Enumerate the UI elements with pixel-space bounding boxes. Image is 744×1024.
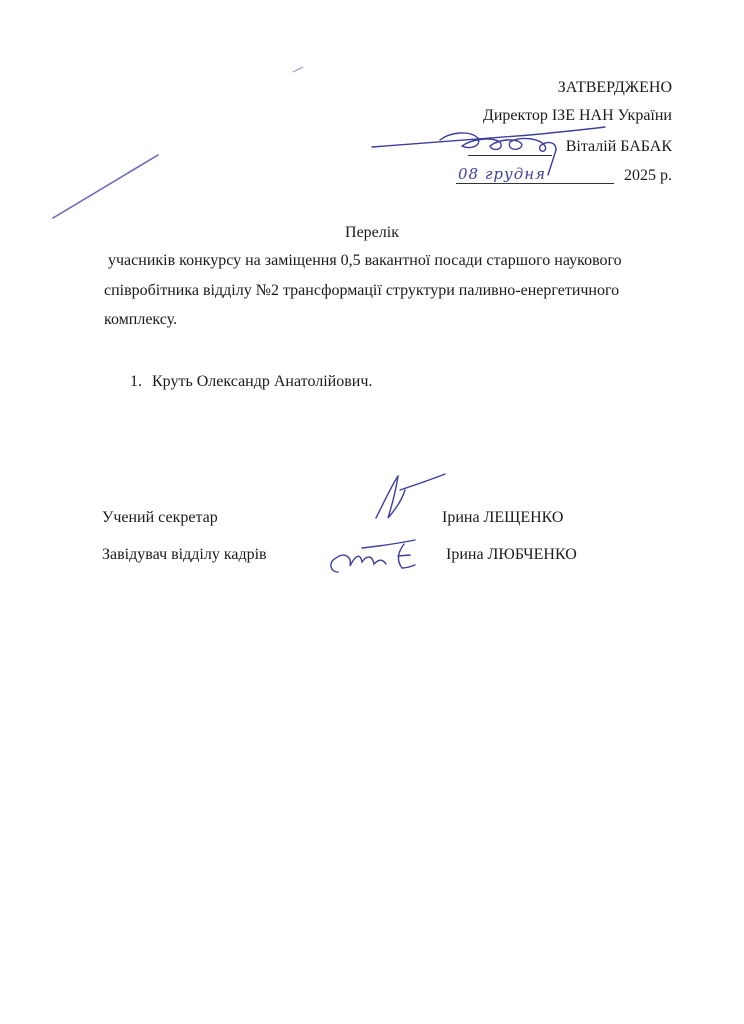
director-position: Директор ІЗЕ НАН України bbox=[483, 106, 672, 126]
secretary-name: Ірина ЛЕЩЕНКО bbox=[442, 508, 563, 528]
hr-signature bbox=[331, 540, 415, 572]
participant-name: Круть Олександр Анатолійович. bbox=[152, 373, 372, 390]
document-title: Перелік bbox=[0, 223, 744, 243]
description-line: учасників конкурсу на заміщення 0,5 вака… bbox=[108, 251, 622, 271]
hr-head-role: Завідувач відділу кадрів bbox=[102, 545, 267, 565]
participant-list-item: 1.Круть Олександр Анатолійович. bbox=[130, 372, 372, 392]
date-line bbox=[456, 183, 614, 184]
participant-number: 1. bbox=[130, 372, 152, 392]
secretary-role: Учений секретар bbox=[102, 508, 218, 528]
approved-label: ЗАТВЕРДЖЕНО bbox=[558, 78, 672, 98]
date-year: 2025 р. bbox=[624, 166, 672, 186]
director-name: Віталій БАБАК bbox=[566, 137, 672, 157]
secretary-signature bbox=[376, 474, 445, 518]
pen-stroke-small bbox=[293, 67, 303, 72]
description-line: комплексу. bbox=[104, 310, 177, 330]
hr-head-name: Ірина ЛЮБЧЕНКО bbox=[446, 545, 577, 565]
description-line: співробітника відділу №2 трансформації с… bbox=[104, 281, 619, 301]
signature-line bbox=[468, 155, 552, 156]
pen-stroke bbox=[53, 155, 158, 218]
handwritten-date: 08 грудня bbox=[458, 165, 546, 183]
